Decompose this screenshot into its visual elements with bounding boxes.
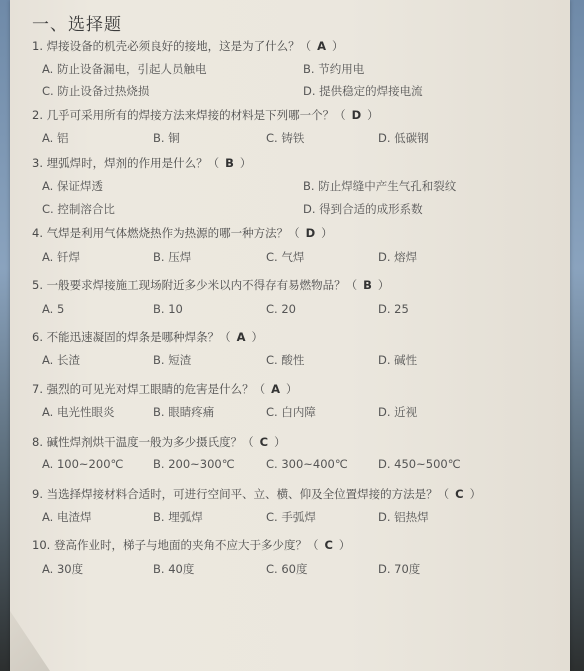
question-text: ） <box>321 226 333 240</box>
paper-fold <box>10 611 50 671</box>
option-b: B. 10 <box>153 302 183 316</box>
option-d: D. 熔焊 <box>378 249 417 265</box>
question-text: 9. 当选择焊接材料合适时，可进行空间平、立、横、仰及全位置焊接的方法是？（ <box>32 487 449 501</box>
question-9: 9. 当选择焊接材料合适时，可进行空间平、立、横、仰及全位置焊接的方法是？（C） <box>32 486 481 502</box>
option-d: D. 铝热焊 <box>378 509 429 525</box>
question-text: ） <box>339 538 351 552</box>
option-a: A. 30度 <box>42 561 83 577</box>
option-b: B. 铜 <box>153 130 180 146</box>
option-d: D. 碱性 <box>378 352 417 368</box>
question-text: 5. 一般要求焊接施工现场附近多少米以内不得存有易燃物品？（ <box>32 278 357 292</box>
answer: C <box>455 487 463 501</box>
answer: C <box>324 538 332 552</box>
option-b: B. 眼睛疼痛 <box>153 404 214 420</box>
option-d: D. 低碳钢 <box>378 130 429 146</box>
option-c: C. 防止设备过热烧损 <box>42 83 149 99</box>
option-d: D. 得到合适的成形系数 <box>303 201 423 217</box>
option-a: A. 钎焊 <box>42 249 80 265</box>
section-title: 一、选择题 <box>32 10 122 35</box>
answer: A <box>317 39 326 53</box>
option-b: B. 节约用电 <box>303 61 364 77</box>
question-8: 8. 碱性焊剂烘干温度一般为多少摄氏度？（C） <box>32 434 286 450</box>
question-text: 4. 气焊是利用气体燃烧热作为热源的哪一种方法？（ <box>32 226 300 240</box>
option-c: C. 60度 <box>266 561 307 577</box>
option-d: D. 提供稳定的焊接电流 <box>303 83 423 99</box>
question-2: 2. 几乎可采用所有的焊接方法来焊接的材料是下列哪一个？（D） <box>32 107 379 123</box>
option-a: A. 电光性眼炎 <box>42 404 114 420</box>
question-10: 10. 登高作业时，梯子与地面的夹角不应大于多少度？（C） <box>32 537 350 553</box>
option-b: B. 埋弧焊 <box>153 509 203 525</box>
option-a: A. 100~200℃ <box>42 457 123 471</box>
question-text: ） <box>332 39 344 53</box>
question-text: 7. 强烈的可见光对焊工眼睛的危害是什么？（ <box>32 382 265 396</box>
answer: B <box>225 156 234 170</box>
option-d: D. 450~500℃ <box>378 457 461 471</box>
question-text: ） <box>252 330 264 344</box>
option-b: B. 压焊 <box>153 249 191 265</box>
question-text: 3. 埋弧焊时，焊剂的作用是什么？（ <box>32 156 219 170</box>
answer: A <box>271 382 280 396</box>
question-text: ） <box>240 156 252 170</box>
option-b: B. 200~300℃ <box>153 457 235 471</box>
answer: D <box>306 226 316 240</box>
option-a: A. 保证焊透 <box>42 178 103 194</box>
option-d: D. 近视 <box>378 404 417 420</box>
option-c: C. 手弧焊 <box>266 509 316 525</box>
option-d: D. 70度 <box>378 561 420 577</box>
question-text: ） <box>378 278 390 292</box>
option-a: A. 电渣焊 <box>42 509 91 525</box>
question-7: 7. 强烈的可见光对焊工眼睛的危害是什么？（A） <box>32 381 298 397</box>
question-text: 6. 不能迅速凝固的焊条是哪种焊条？（ <box>32 330 231 344</box>
option-c: C. 300~400℃ <box>266 457 348 471</box>
option-d: D. 25 <box>378 302 409 316</box>
option-c: C. 控制溶合比 <box>42 201 115 217</box>
option-c: C. 白内障 <box>266 404 316 420</box>
question-text: 2. 几乎可采用所有的焊接方法来焊接的材料是下列哪一个？（ <box>32 108 346 122</box>
question-text: ） <box>286 382 298 396</box>
option-c: C. 20 <box>266 302 296 316</box>
question-3: 3. 埋弧焊时，焊剂的作用是什么？（B） <box>32 155 251 171</box>
option-c: C. 气焊 <box>266 249 304 265</box>
question-text: 1. 焊接设备的机壳必须良好的接地，这是为了什么？（ <box>32 39 311 53</box>
answer: C <box>260 435 268 449</box>
question-5: 5. 一般要求焊接施工现场附近多少米以内不得存有易燃物品？（B） <box>32 277 389 293</box>
question-1: 1. 焊接设备的机壳必须良好的接地，这是为了什么？（A） <box>32 38 344 54</box>
option-b: B. 防止焊缝中产生气孔和裂纹 <box>303 178 456 194</box>
option-a: A. 5 <box>42 302 64 316</box>
option-b: B. 短渣 <box>153 352 191 368</box>
question-4: 4. 气焊是利用气体燃烧热作为热源的哪一种方法？（D） <box>32 225 333 241</box>
question-text: ） <box>470 487 482 501</box>
option-c: C. 酸性 <box>266 352 304 368</box>
question-text: 10. 登高作业时，梯子与地面的夹角不应大于多少度？（ <box>32 538 318 552</box>
question-text: ） <box>274 435 286 449</box>
option-a: A. 铝 <box>42 130 68 146</box>
question-6: 6. 不能迅速凝固的焊条是哪种焊条？（A） <box>32 329 263 345</box>
question-text: 8. 碱性焊剂烘干温度一般为多少摄氏度？（ <box>32 435 254 449</box>
option-a: A. 防止设备漏电，引起人员触电 <box>42 61 206 77</box>
answer: A <box>237 330 246 344</box>
answer: B <box>363 278 372 292</box>
option-a: A. 长渣 <box>42 352 80 368</box>
option-b: B. 40度 <box>153 561 194 577</box>
question-text: ） <box>367 108 379 122</box>
option-c: C. 铸铁 <box>266 130 304 146</box>
answer: D <box>352 108 362 122</box>
